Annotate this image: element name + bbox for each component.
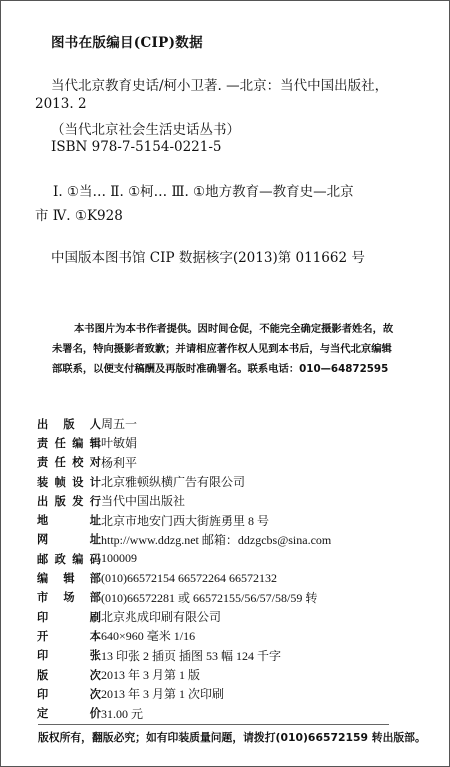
info-label: 装帧设计 (37, 474, 101, 490)
cip-classification-line1: Ⅰ. ①当… Ⅱ. ①柯… Ⅲ. ①地方教育—教育史—北京 (53, 180, 354, 200)
info-label-char: 校 (72, 454, 83, 470)
info-value: 100009 (101, 551, 137, 566)
info-value: 北京兆成印刷有限公司 (101, 608, 221, 625)
publication-info-row: 装帧设计北京雅顿纵横广告有限公司 (37, 472, 331, 491)
info-value: 北京雅顿纵横广告有限公司 (101, 473, 245, 490)
info-label-char: 刷 (90, 609, 101, 625)
publication-info-row: 开本640×960 毫米 1/16 (37, 626, 331, 645)
info-label-char: 任 (55, 435, 66, 451)
info-label: 网址 (37, 531, 101, 547)
info-value: 当代中国出版社 (101, 492, 185, 509)
cip-isbn: ISBN 978-7-5154-0221-5 (51, 139, 222, 155)
info-label-char: 印 (37, 647, 48, 663)
info-label: 印次 (37, 686, 101, 702)
info-label: 印刷 (37, 609, 101, 625)
info-label-char: 出 (37, 416, 48, 432)
photo-note-line3: 部联系，以便支付稿酬及再版时准确署名。联系电话：010—64872595 (52, 359, 388, 379)
publication-info-table: 出版人周五一责任编辑叶敏娟责任校对杨利平装帧设计北京雅顿纵横广告有限公司出版发行… (37, 414, 331, 723)
info-label-char: 辑 (63, 570, 74, 586)
photo-note-line1: 本书图片为本书作者提供。因时间仓促，不能完全确定摄影者姓名，故 (74, 319, 393, 339)
info-label-char: 网 (37, 531, 48, 547)
cip-series-line: （当代北京社会生活史话丛书） (51, 118, 240, 138)
info-label-char: 定 (37, 705, 48, 721)
publication-info-row: 编辑部(010)66572154 66572264 66572132 (37, 568, 331, 587)
info-label-char: 次 (90, 686, 101, 702)
info-value: http://www.ddzg.net 邮箱：ddzgcbs@sina.com (101, 531, 331, 548)
cip-classification-line2: 市 Ⅳ. ①K928 (35, 204, 123, 224)
info-label-char: 对 (90, 454, 101, 470)
info-label-char: 址 (90, 512, 101, 528)
info-label-char: 价 (90, 705, 101, 721)
info-label: 地址 (37, 512, 101, 528)
publication-info-row: 印次2013 年 3 月第 1 次印刷 (37, 684, 331, 703)
info-label-char: 市 (37, 589, 48, 605)
info-label-char: 版 (37, 667, 48, 683)
info-value: 北京市地安门西大街旌勇里 8 号 (101, 512, 269, 529)
publication-info-row: 网址http://www.ddzg.net 邮箱：ddzgcbs@sina.co… (37, 530, 331, 549)
info-label-char: 政 (55, 551, 66, 567)
info-label-char: 编 (72, 435, 83, 451)
info-label: 市场部 (37, 589, 101, 605)
info-label: 定价 (37, 705, 101, 721)
info-value: (010)66572281 或 66572155/56/57/58/59 转 (101, 589, 317, 606)
info-label: 责任校对 (37, 454, 101, 470)
info-label: 出版人 (37, 416, 101, 432)
info-label-char: 任 (55, 454, 66, 470)
info-label: 版次 (37, 667, 101, 683)
info-value: (010)66572154 66572264 66572132 (101, 571, 277, 586)
info-label-char: 码 (90, 551, 101, 567)
publication-info-row: 出版发行当代中国出版社 (37, 491, 331, 510)
info-label-char: 部 (90, 570, 101, 586)
info-label-char: 址 (90, 531, 101, 547)
info-label-char: 装 (37, 474, 48, 490)
info-label-char: 部 (90, 589, 101, 605)
publication-info-row: 印张13 印张 2 插页 插图 53 幅 124 千字 (37, 646, 331, 665)
publication-info-row: 印刷北京兆成印刷有限公司 (37, 607, 331, 626)
info-label-char: 设 (72, 474, 83, 490)
info-label-char: 行 (90, 493, 101, 509)
cip-title-line: 当代北京教育史话/柯小卫著. —北京：当代中国出版社， (51, 74, 388, 94)
info-label-char: 邮 (37, 551, 48, 567)
info-value: 2013 年 3 月第 1 次印刷 (101, 685, 224, 702)
publication-info-row: 责任编辑叶敏娟 (37, 433, 331, 452)
info-label-char: 印 (37, 609, 48, 625)
info-label-char: 场 (63, 589, 74, 605)
photo-note-line2: 未署名，特向摄影者致歉；并请相应著作权人见到本书后，与当代北京编辑 (52, 339, 392, 359)
info-label-char: 帧 (55, 474, 66, 490)
cip-library-record: 中国版本图书馆 CIP 数据核字(2013)第 011662 号 (51, 246, 365, 266)
info-label-char: 发 (72, 493, 83, 509)
info-label: 编辑部 (37, 570, 101, 586)
info-label: 出版发行 (37, 493, 101, 509)
info-label-char: 辑 (90, 435, 101, 451)
info-label-char: 编 (37, 570, 48, 586)
publication-info-row: 地址北京市地安门西大街旌勇里 8 号 (37, 510, 331, 529)
info-value: 叶敏娟 (101, 434, 137, 451)
info-value: 杨利平 (101, 454, 137, 471)
info-label-char: 出 (37, 493, 48, 509)
info-label-char: 版 (55, 493, 66, 509)
info-label-char: 版 (63, 416, 74, 432)
info-label: 开本 (37, 628, 101, 644)
info-label-char: 人 (90, 416, 101, 432)
info-value: 640×960 毫米 1/16 (101, 627, 195, 644)
info-label-char: 本 (90, 628, 101, 644)
info-label-char: 次 (90, 667, 101, 683)
info-label-char: 张 (90, 647, 101, 663)
info-value: 2013 年 3 月第 1 版 (101, 666, 200, 683)
copyright-page: 图书在版编目(CIP)数据 当代北京教育史话/柯小卫著. —北京：当代中国出版社… (0, 0, 450, 767)
info-label-char: 编 (72, 551, 83, 567)
info-label-char: 印 (37, 686, 48, 702)
info-label: 印张 (37, 647, 101, 663)
info-label: 责任编辑 (37, 435, 101, 451)
publication-info-row: 版次2013 年 3 月第 1 版 (37, 665, 331, 684)
info-value: 31.00 元 (101, 705, 143, 722)
info-label-char: 责 (37, 454, 48, 470)
publication-info-row: 责任校对杨利平 (37, 453, 331, 472)
info-value: 周五一 (101, 415, 137, 432)
footer-divider (38, 724, 389, 725)
copyright-footer: 版权所有，翻版必究；如有印装质量问题，请拨打(010)66572159 转出版部… (38, 730, 426, 745)
cip-date-line: 2013. 2 (35, 96, 87, 112)
info-label-char: 地 (37, 512, 48, 528)
publication-info-row: 市场部(010)66572281 或 66572155/56/57/58/59 … (37, 588, 331, 607)
cip-heading: 图书在版编目(CIP)数据 (51, 31, 203, 51)
info-label-char: 开 (37, 628, 48, 644)
publication-info-row: 定价31.00 元 (37, 703, 331, 722)
info-value: 13 印张 2 插页 插图 53 幅 124 千字 (101, 647, 281, 664)
publication-info-row: 出版人周五一 (37, 414, 331, 433)
info-label: 邮政编码 (37, 551, 101, 567)
publication-info-row: 邮政编码100009 (37, 549, 331, 568)
info-label-char: 计 (90, 474, 101, 490)
info-label-char: 责 (37, 435, 48, 451)
